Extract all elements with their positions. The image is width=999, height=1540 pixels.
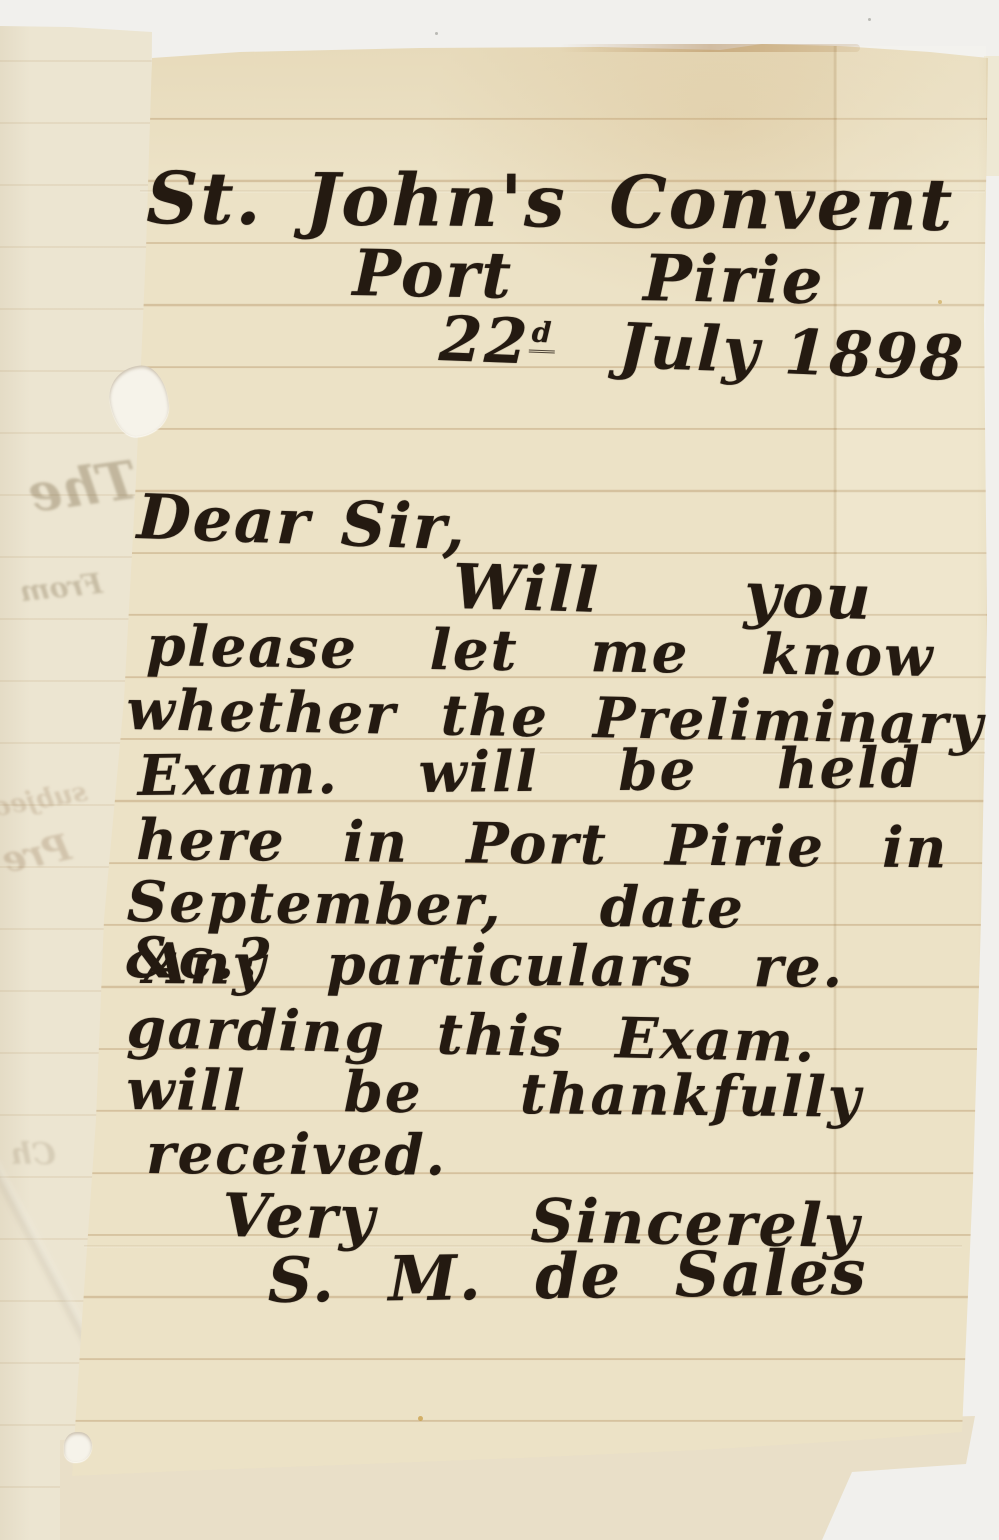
letter-body-line: here in Port Pirie in (136, 812, 949, 877)
browned-top-edge (560, 44, 860, 52)
dust-speck (435, 32, 438, 35)
date-day: 22 (438, 302, 531, 378)
letter-body-line: Any particulars re. (144, 936, 844, 996)
letter-body-line: please let me know (146, 618, 935, 685)
date-rest: July 1898 (617, 309, 966, 395)
letter-body-line: received. (146, 1126, 476, 1184)
ghost-text: The (25, 455, 141, 522)
stain-spot (938, 300, 942, 304)
ghost-text: Ch (10, 1140, 56, 1170)
letter-heading-place: Port Pirie (352, 242, 825, 314)
stain-spot (418, 1416, 423, 1421)
dust-speck (868, 18, 871, 21)
letter-date: 22dJuly 1898 (438, 308, 970, 390)
letter-signature: S. M. de Sales (267, 1242, 868, 1312)
date-ordinal: d (529, 316, 556, 354)
letter-body-line: will be thankfully (126, 1062, 863, 1126)
letter-body-line: Exam. will be held (137, 740, 922, 804)
salutation: Dear Sir, (136, 486, 468, 559)
ghost-text: From (19, 570, 104, 606)
scanned-letter-page: The From subject Pre Ch St. John's Conve… (0, 0, 999, 1540)
letter-heading-convent: St. John's Convent (146, 162, 955, 241)
